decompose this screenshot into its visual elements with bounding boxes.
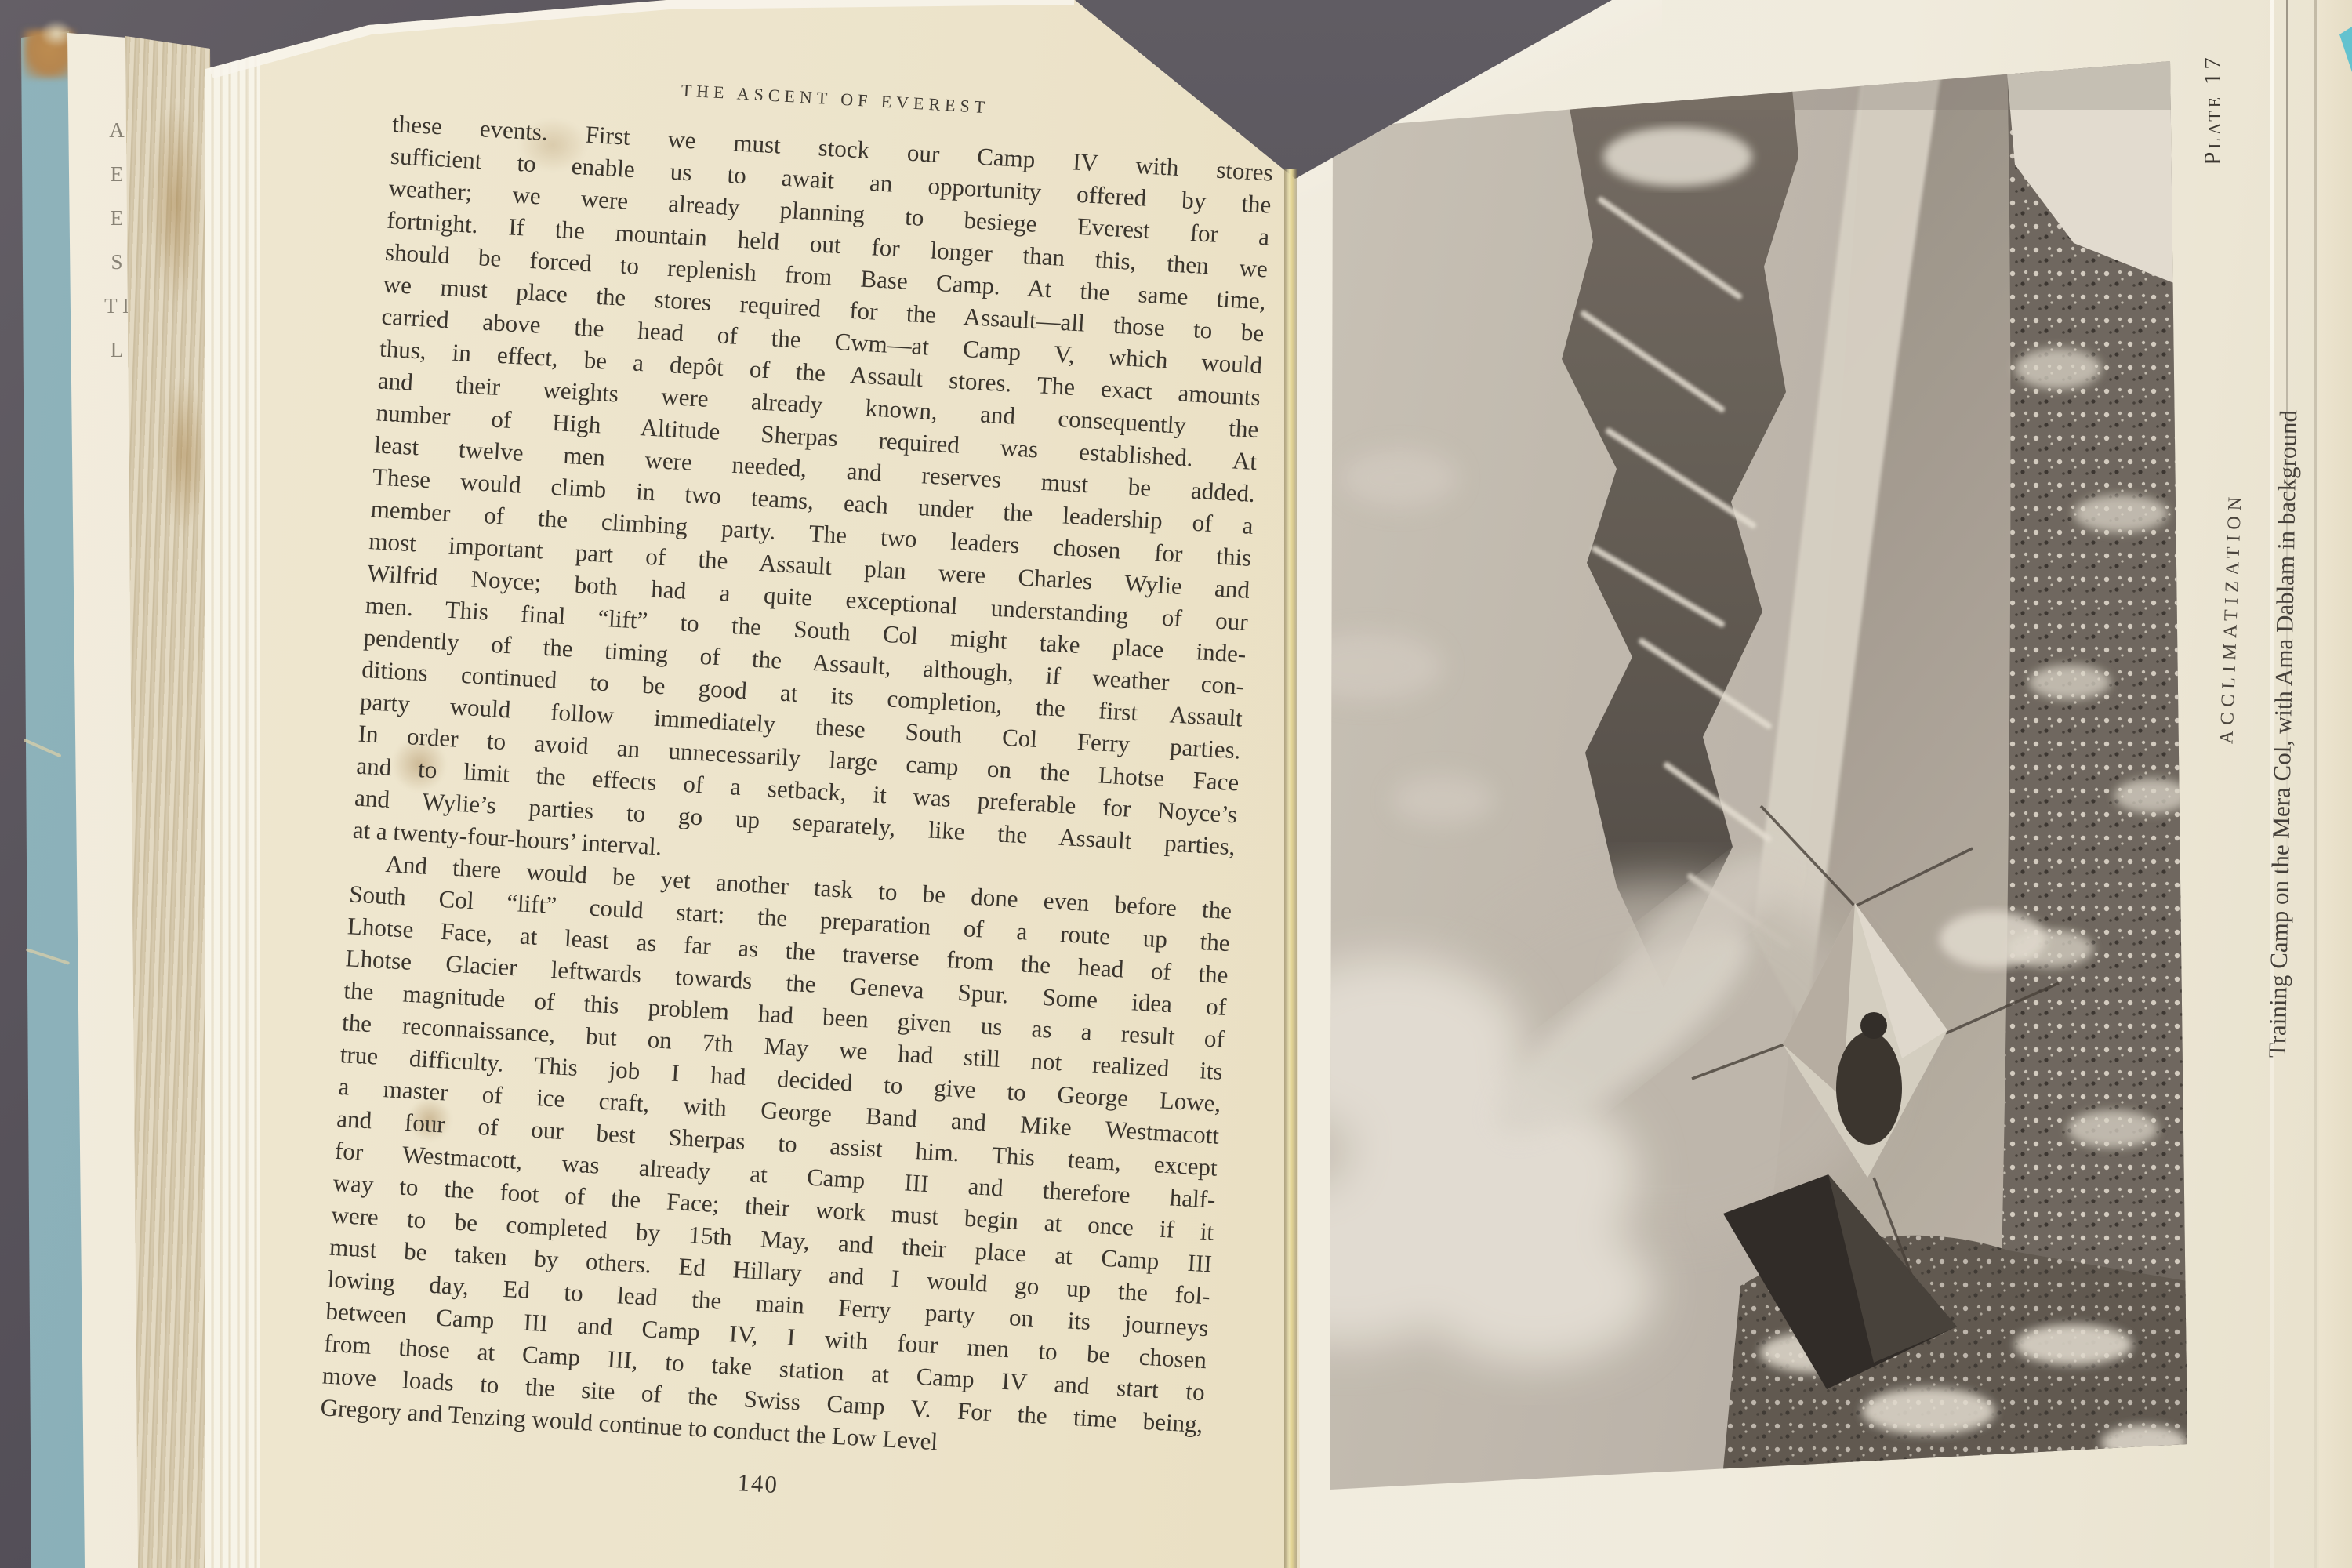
body-text: these events. First we must stock our Ca… — [320, 107, 1274, 1472]
show-through-text: A E E S T I L — [103, 108, 130, 437]
fore-edge-band — [2319, 0, 2352, 1568]
gutter-crease — [1284, 169, 1297, 1568]
foxing-stain — [149, 102, 204, 306]
foxing-stain — [161, 376, 208, 533]
photo-caption: Training Camp on the Mera Col, with Ama … — [2256, 295, 2310, 1174]
section-label: ACCLIMATIZATION — [2209, 474, 2254, 760]
left-page-text: THE ASCENT OF EVEREST these events. Firs… — [317, 59, 1276, 1523]
plate-label: Plate 17 — [2197, 24, 2228, 196]
mountain-photo-illustration — [1325, 55, 2191, 1494]
mountain-photo — [1325, 55, 2191, 1494]
fore-edge-line — [2314, 0, 2317, 1568]
open-book-photograph: A E E S T I L — [0, 0, 2352, 1568]
left-page-fore-edge — [205, 31, 260, 1568]
spine-chip — [41, 20, 72, 47]
